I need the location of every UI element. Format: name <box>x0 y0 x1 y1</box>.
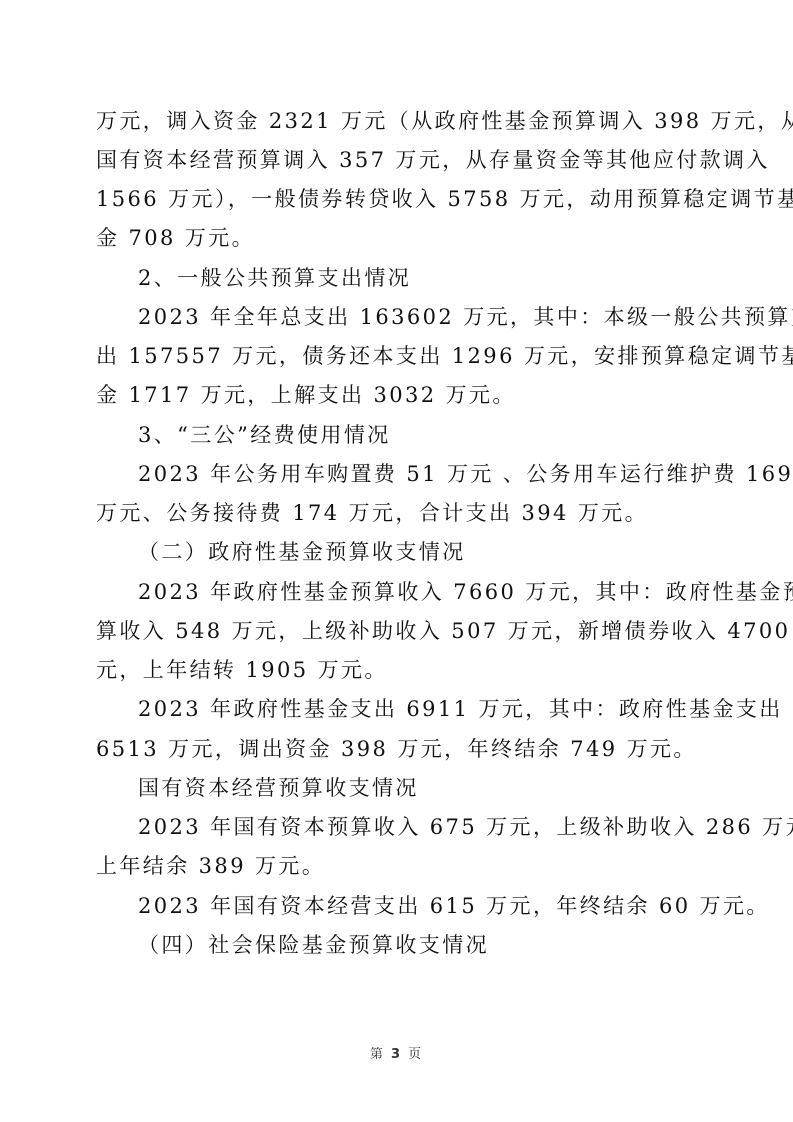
text-line: 3、“三公”经费使用情况 <box>138 421 701 449</box>
text-line: 6513 万元，调出资金 398 万元，年终结余 749 万元。 <box>96 735 701 763</box>
text-line: 金 1717 万元，上解支出 3032 万元。 <box>96 381 701 409</box>
text-line: 上年结余 389 万元。 <box>96 852 701 880</box>
text-line: 出 157557 万元，债务还本支出 1296 万元，安排预算稳定调节基 <box>96 342 701 370</box>
page-label-prefix: 第 <box>370 1047 385 1062</box>
text-line: （四）社会保险基金预算收支情况 <box>138 931 701 959</box>
page-number: 3 <box>391 1047 402 1062</box>
text-line: 2023 年国有资本预算收入 675 万元，上级补助收入 286 万元， <box>138 813 701 841</box>
text-line: 2023 年政府性基金支出 6911 万元，其中：政府性基金支出 <box>138 695 701 723</box>
document-page: 万元，调入资金 2321 万元（从政府性基金预算调入 398 万元，从国有资本经… <box>0 0 793 1122</box>
text-line: 金 708 万元。 <box>96 224 701 252</box>
text-line: 万元、公务接待费 174 万元，合计支出 394 万元。 <box>96 499 701 527</box>
page-label-suffix: 页 <box>408 1047 423 1062</box>
page-footer: 第 3 页 <box>0 1043 793 1062</box>
text-line: 2023 年国有资本经营支出 615 万元，年终结余 60 万元。 <box>138 892 701 920</box>
text-line: 万元，调入资金 2321 万元（从政府性基金预算调入 398 万元，从 <box>96 107 701 135</box>
text-line: 算收入 548 万元，上级补助收入 507 万元，新增债券收入 4700 万 <box>96 617 701 645</box>
text-line: 2023 年政府性基金预算收入 7660 万元，其中：政府性基金预 <box>138 578 701 606</box>
text-line: 国有资本经营预算收支情况 <box>138 774 701 802</box>
text-line: 1566 万元），一般债券转贷收入 5758 万元，动用预算稳定调节基 <box>96 185 701 213</box>
text-line: 2、一般公共预算支出情况 <box>138 264 701 292</box>
text-line: 国有资本经营预算调入 357 万元，从存量资金等其他应付款调入 <box>96 146 701 174</box>
text-line: （二）政府性基金预算收支情况 <box>138 538 701 566</box>
text-line: 元，上年结转 1905 万元。 <box>96 656 701 684</box>
text-line: 2023 年全年总支出 163602 万元，其中：本级一般公共预算支 <box>138 303 701 331</box>
text-line: 2023 年公务用车购置费 51 万元 、公务用车运行维护费 169 <box>138 460 701 488</box>
